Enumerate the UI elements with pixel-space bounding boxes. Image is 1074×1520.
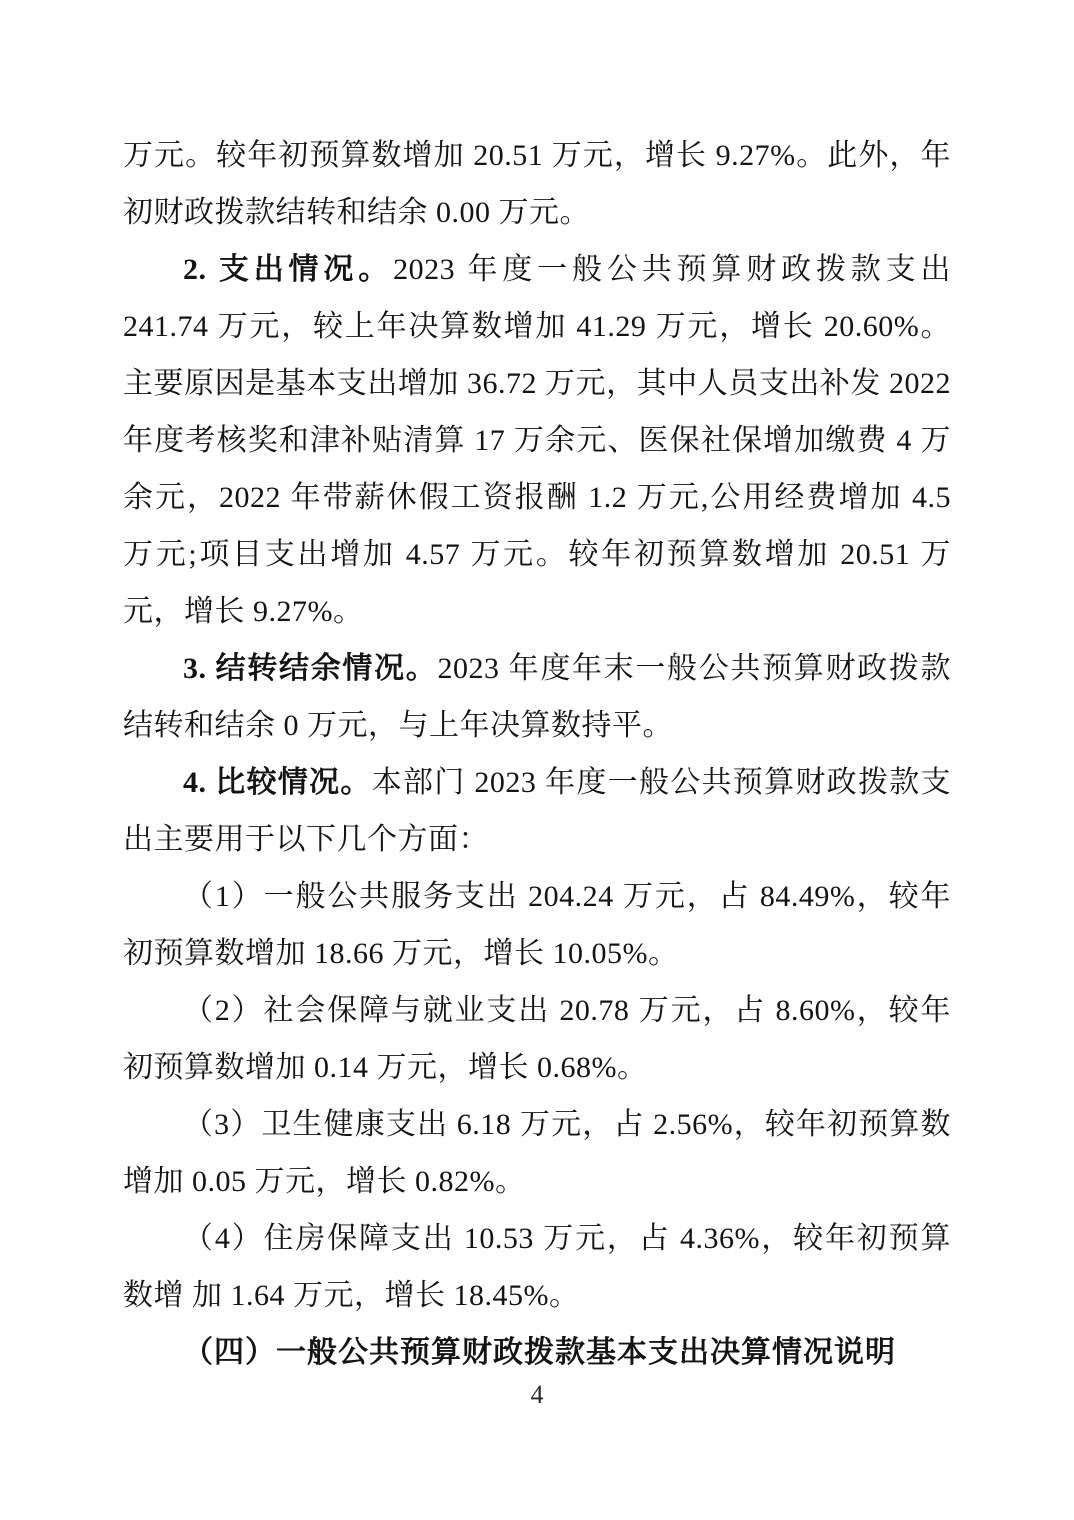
paragraph-item-2: （2）社会保障与就业支出 20.78 万元，占 8.60%，较年初预算数增加 0… xyxy=(123,982,951,1096)
document-page: 万元。较年初预算数增加 20.51 万元，增长 9.27%。此外，年初财政拨款结… xyxy=(0,0,1074,1520)
paragraph-lead: 2. 支出情况。 xyxy=(183,253,393,286)
paragraph-continuation: 万元。较年初预算数增加 20.51 万元，增长 9.27%。此外，年初财政拨款结… xyxy=(123,127,951,241)
paragraph-lead: 4. 比较情况。 xyxy=(183,766,372,799)
section-heading-basic-expenditure: （四）一般公共预算财政拨款基本支出决算情况说明 xyxy=(123,1324,951,1381)
paragraph-lead: 3. 结转结余情况。 xyxy=(183,652,437,685)
paragraph-comparison: 4. 比较情况。本部门 2023 年度一般公共预算财政拨款支出主要用于以下几个方… xyxy=(123,754,951,868)
paragraph-item-1: （1）一般公共服务支出 204.24 万元，占 84.49%，较年初预算数增加 … xyxy=(123,868,951,982)
paragraph-text: （1）一般公共服务支出 204.24 万元，占 84.49%，较年初预算数增加 … xyxy=(123,880,951,970)
page-footer: 4 xyxy=(0,1378,1074,1412)
paragraph-text: （3）卫生健康支出 6.18 万元，占 2.56%，较年初预算数增加 0.05 … xyxy=(123,1108,951,1198)
document-body: 万元。较年初预算数增加 20.51 万元，增长 9.27%。此外，年初财政拨款结… xyxy=(123,127,951,1381)
paragraph-text: 万元。较年初预算数增加 20.51 万元，增长 9.27%。此外，年初财政拨款结… xyxy=(123,139,951,229)
paragraph-carryover: 3. 结转结余情况。2023 年度年末一般公共预算财政拨款结转和结余 0 万元，… xyxy=(123,640,951,754)
paragraph-expenditure: 2. 支出情况。2023 年度一般公共预算财政拨款支出 241.74 万元，较上… xyxy=(123,241,951,640)
paragraph-text: 2023 年度一般公共预算财政拨款支出 241.74 万元，较上年决算数增加 4… xyxy=(123,253,951,628)
paragraph-item-4: （4）住房保障支出 10.53 万元，占 4.36%，较年初预算数增 加 1.6… xyxy=(123,1210,951,1324)
page-number: 4 xyxy=(531,1380,544,1409)
section-heading-text: （四）一般公共预算财政拨款基本支出决算情况说明 xyxy=(183,1336,896,1369)
paragraph-text: （4）住房保障支出 10.53 万元，占 4.36%，较年初预算数增 加 1.6… xyxy=(123,1222,951,1312)
paragraph-text: （2）社会保障与就业支出 20.78 万元，占 8.60%，较年初预算数增加 0… xyxy=(123,994,951,1084)
paragraph-item-3: （3）卫生健康支出 6.18 万元，占 2.56%，较年初预算数增加 0.05 … xyxy=(123,1096,951,1210)
